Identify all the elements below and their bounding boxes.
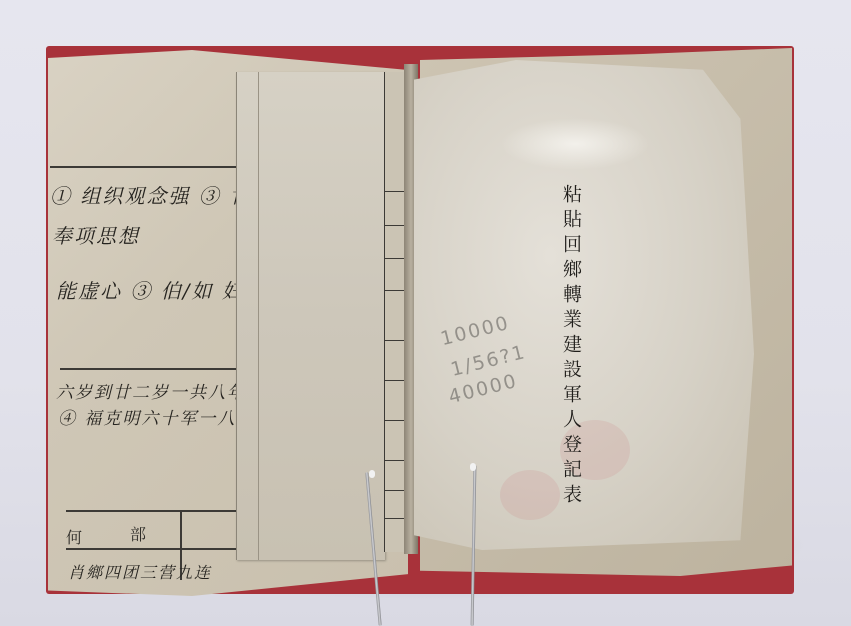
- pin-head: [369, 470, 375, 478]
- margin-tick: [384, 340, 404, 341]
- handwritten-line-1: ① 组织观念强 ③ 肯: [50, 180, 251, 209]
- ruled-margin: [384, 72, 405, 552]
- table-header-middle: 部: [130, 522, 146, 545]
- handwritten-line-5: ④ 福克明六十军一八四: [58, 404, 255, 429]
- handwritten-line-3: 能虚心 ③ 伯/如 妇: [56, 275, 244, 304]
- margin-tick: [384, 225, 404, 226]
- form-title-vertical: 粘貼回鄉轉業建設軍人登記表: [556, 184, 586, 509]
- pin-head: [470, 463, 476, 471]
- table-header-left: 何: [66, 525, 82, 548]
- table-rule: [50, 166, 236, 168]
- margin-tick: [384, 518, 404, 519]
- table-rule: [66, 548, 256, 550]
- margin-tick: [384, 380, 404, 381]
- margin-tick: [384, 420, 404, 421]
- red-stain: [500, 470, 560, 520]
- margin-tick: [384, 258, 404, 259]
- torn-paper-area: [500, 118, 650, 170]
- table-rule: [66, 510, 256, 512]
- table-row-value: 肖鄉四团三营九连: [68, 560, 212, 583]
- handwritten-line-2: 奉项思想: [52, 220, 140, 249]
- margin-tick: [384, 290, 404, 291]
- margin-tick: [384, 191, 404, 192]
- table-rule: [60, 368, 236, 370]
- margin-tick: [384, 490, 404, 491]
- handwritten-line-4: 六岁到廿二岁一共八年: [56, 378, 246, 403]
- margin-tick: [384, 460, 404, 461]
